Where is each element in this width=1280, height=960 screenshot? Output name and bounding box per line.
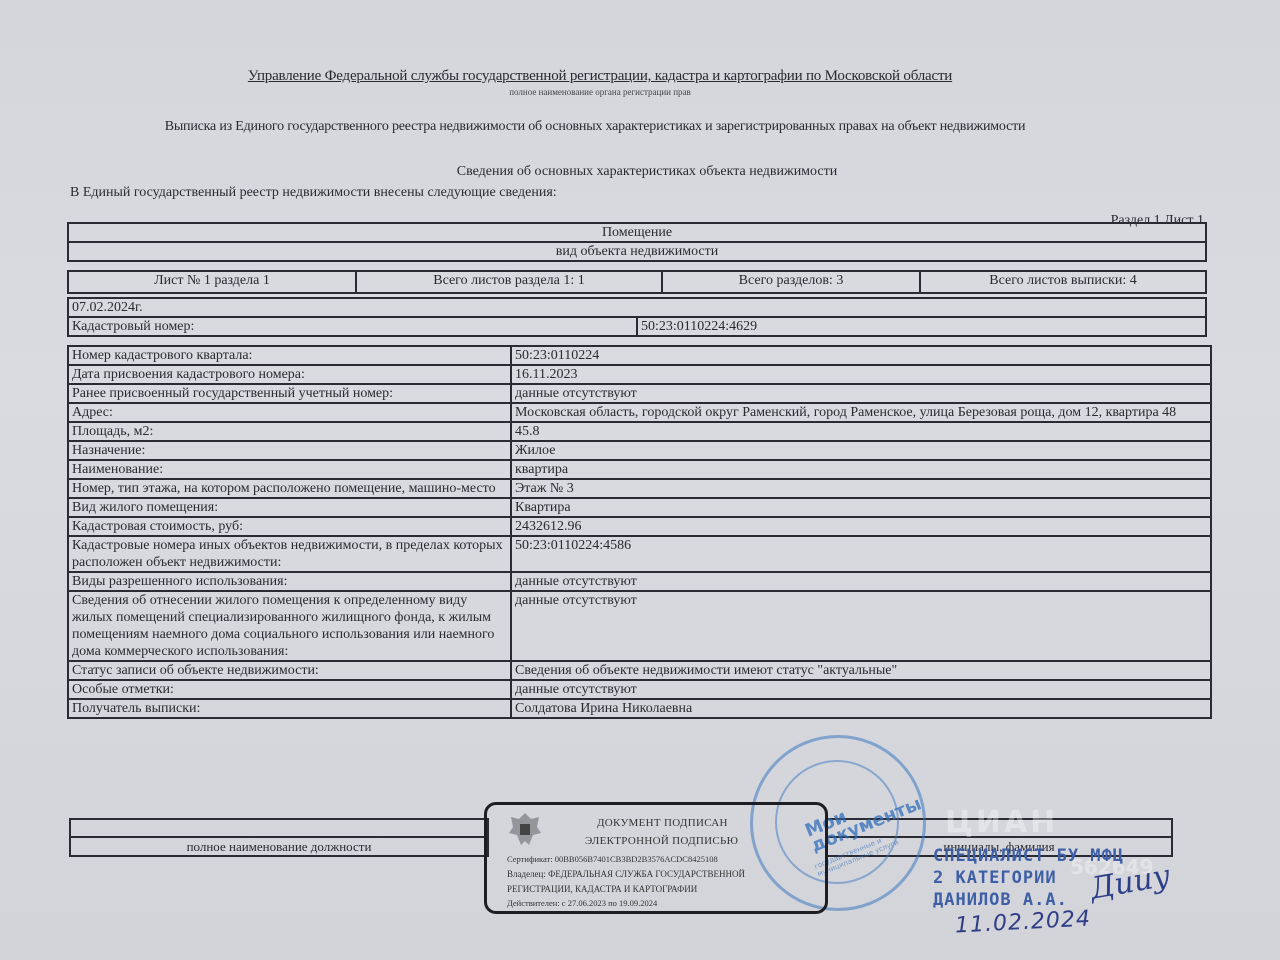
- organization-caption: полное наименование органа регистрации п…: [0, 87, 1200, 97]
- esign-owner-1: Владелец: ФЕДЕРАЛЬНАЯ СЛУЖБА ГОСУДАРСТВЕ…: [507, 869, 745, 879]
- esign-owner-2: РЕГИСТРАЦИИ, КАДАСТРА И КАРТОГРАФИИ: [507, 884, 697, 894]
- row-value: 45.8: [511, 422, 1211, 441]
- row-value: 16.11.2023: [511, 365, 1211, 384]
- row-value: Этаж № 3: [511, 479, 1211, 498]
- table-row: Виды разрешенного использования:данные о…: [68, 572, 1211, 591]
- row-value: данные отсутствуют: [511, 680, 1211, 699]
- watermark-text: ЦИАН: [945, 805, 1058, 840]
- coat-of-arms-icon: [505, 809, 545, 849]
- position-caption: полное наименование должности: [70, 837, 488, 856]
- table-row: Получатель выписки:Солдатова Ирина Никол…: [68, 699, 1211, 718]
- row-value: 2432612.96: [511, 517, 1211, 536]
- esign-line-2: ЭЛЕКТРОННОЙ ПОДПИСЬЮ: [585, 835, 738, 847]
- row-label: Номер, тип этажа, на котором расположено…: [68, 479, 511, 498]
- table-row: Площадь, м2:45.8: [68, 422, 1211, 441]
- row-label: Ранее присвоенный государственный учетны…: [68, 384, 511, 403]
- row-value: Солдатова Ирина Николаевна: [511, 699, 1211, 718]
- table-row: Статус записи об объекте недвижимости:Св…: [68, 661, 1211, 680]
- sheets-table: Лист № 1 раздела 1 Всего листов раздела …: [67, 270, 1207, 294]
- object-type-caption: вид объекта недвижимости: [68, 242, 1206, 261]
- row-value: данные отсутствуют: [511, 591, 1211, 661]
- table-row: Адрес:Московская область, городской окру…: [68, 403, 1211, 422]
- table-row: Сведения об отнесении жилого помещения к…: [68, 591, 1211, 661]
- row-value: Сведения об объекте недвижимости имеют с…: [511, 661, 1211, 680]
- row-label: Вид жилого помещения:: [68, 498, 511, 517]
- document-title: Выписка из Единого государственного реес…: [0, 119, 1190, 135]
- characteristics-table: Номер кадастрового квартала:50:23:011022…: [67, 345, 1212, 719]
- table-row: Назначение:Жилое: [68, 441, 1211, 460]
- intro-text: В Единый государственный реестр недвижим…: [70, 185, 557, 201]
- row-label: Площадь, м2:: [68, 422, 511, 441]
- row-value: данные отсутствуют: [511, 572, 1211, 591]
- table-row: Номер, тип этажа, на котором расположено…: [68, 479, 1211, 498]
- esign-valid: Действителен: с 27.06.2023 по 19.09.2024: [507, 898, 657, 908]
- table-row: Вид жилого помещения:Квартира: [68, 498, 1211, 517]
- table-row: Дата присвоения кадастрового номера:16.1…: [68, 365, 1211, 384]
- esign-line-1: ДОКУМЕНТ ПОДПИСАН: [597, 817, 728, 829]
- table-row: Номер кадастрового квартала:50:23:011022…: [68, 346, 1211, 365]
- row-label: Назначение:: [68, 441, 511, 460]
- row-label: Кадастровая стоимость, руб:: [68, 517, 511, 536]
- table-row: Кадастровая стоимость, руб:2432612.96: [68, 517, 1211, 536]
- row-label: Дата присвоения кадастрового номера:: [68, 365, 511, 384]
- table-row: Наименование:квартира: [68, 460, 1211, 479]
- row-label: Виды разрешенного использования:: [68, 572, 511, 591]
- cadastral-number-label: Кадастровый номер:: [68, 317, 637, 336]
- extract-date: 07.02.2024г.: [68, 298, 1206, 317]
- row-value: 50:23:0110224:4586: [511, 536, 1211, 572]
- row-label: Получатель выписки:: [68, 699, 511, 718]
- row-label: Адрес:: [68, 403, 511, 422]
- sheet-number: Лист № 1 раздела 1: [68, 271, 356, 293]
- organization-title: Управление Федеральной службы государств…: [0, 68, 1200, 85]
- row-value: Жилое: [511, 441, 1211, 460]
- row-value: 50:23:0110224: [511, 346, 1211, 365]
- object-type-table: Помещение вид объекта недвижимости: [67, 222, 1207, 262]
- table-row: Ранее присвоенный государственный учетны…: [68, 384, 1211, 403]
- row-label: Сведения об отнесении жилого помещения к…: [68, 591, 511, 661]
- esign-certificate: Сертификат: 00BB056B7401CB3BD2B3576ACDC8…: [507, 854, 718, 864]
- table-row: Кадастровые номера иных объектов недвижи…: [68, 536, 1211, 572]
- date-cadastral-table: 07.02.2024г. Кадастровый номер: 50:23:01…: [67, 297, 1207, 337]
- electronic-signature-box: ДОКУМЕНТ ПОДПИСАН ЭЛЕКТРОННОЙ ПОДПИСЬЮ С…: [484, 802, 828, 914]
- total-sheets-extract: Всего листов выписки: 4: [920, 271, 1206, 293]
- total-sections: Всего разделов: 3: [662, 271, 920, 293]
- row-value: данные отсутствуют: [511, 384, 1211, 403]
- specialist-line-1: СПЕЦИАЛИСТ БУ МФЦ: [933, 845, 1124, 867]
- cadastral-number-value: 50:23:0110224:4629: [637, 317, 1206, 336]
- total-sheets-section: Всего листов раздела 1: 1: [356, 271, 662, 293]
- row-value: квартира: [511, 460, 1211, 479]
- object-type: Помещение: [68, 223, 1206, 242]
- section-title: Сведения об основных характеристиках объ…: [0, 164, 1280, 180]
- handwritten-date: 11.02.2024: [954, 906, 1091, 938]
- row-value: Квартира: [511, 498, 1211, 517]
- row-label: Кадастровые номера иных объектов недвижи…: [68, 536, 511, 572]
- row-label: Номер кадастрового квартала:: [68, 346, 511, 365]
- table-row: Особые отметки:данные отсутствуют: [68, 680, 1211, 699]
- row-label: Статус записи об объекте недвижимости:: [68, 661, 511, 680]
- row-label: Особые отметки:: [68, 680, 511, 699]
- row-value: Московская область, городской округ Раме…: [511, 403, 1211, 422]
- row-label: Наименование:: [68, 460, 511, 479]
